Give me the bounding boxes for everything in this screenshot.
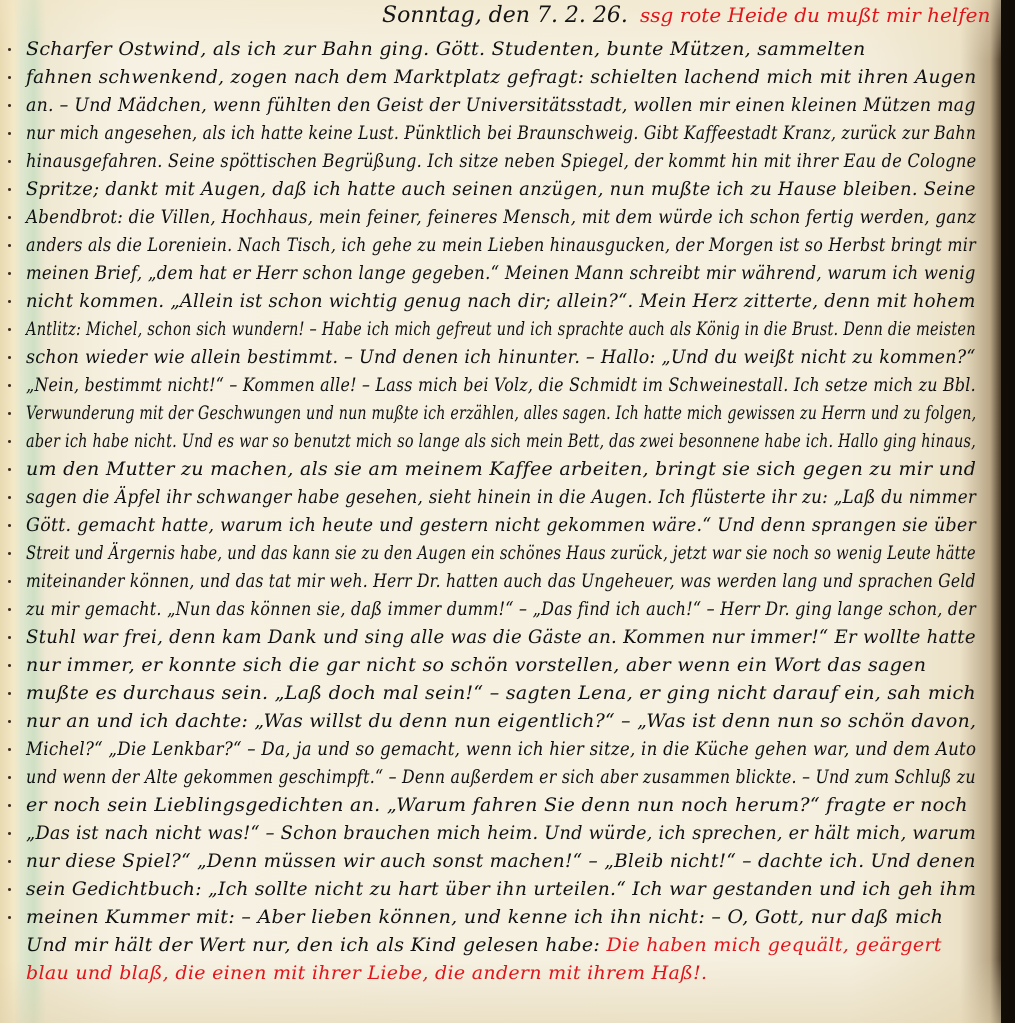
text-line: nur immer, er konnte sich die gar nicht … — [26, 654, 976, 676]
text-line: nur mich angesehen, als ich hatte keine … — [26, 122, 976, 144]
line-text: nur immer, er konnte sich die gar nicht … — [26, 654, 926, 676]
text-line: „Das ist nach nicht was!“ – Schon brauch… — [26, 822, 976, 844]
text-line: nur diese Spiel?“ „Denn müssen wir auch … — [26, 850, 976, 872]
text-line: Michel?“ „Die Lenkbar?“ – Da, ja und so … — [26, 738, 976, 760]
text-line: hinausgefahren. Seine spöttischen Begrüß… — [26, 150, 976, 172]
line-text: Und mir hält der Wert nur, den ich als K… — [26, 934, 606, 956]
line-text: Stuhl war frei, denn kam Dank und sing a… — [26, 626, 976, 648]
text-line: meinen Brief, „dem hat er Herr schon lan… — [26, 262, 976, 284]
line-text: um den Mutter zu machen, als sie am mein… — [26, 458, 976, 480]
line-text: Antlitz: Michel, schon sich wundern! – H… — [26, 318, 976, 340]
text-line: Scharfer Ostwind, als ich zur Bahn ging.… — [26, 38, 976, 60]
line-text: nicht kommen. „Allein ist schon wichtig … — [26, 290, 976, 312]
line-text: Spritze; dankt mit Augen, daß ich hatte … — [26, 178, 976, 200]
text-line: Streit und Ärgernis habe, und das kann s… — [26, 542, 976, 564]
text-line: fahnen schwenkend, zogen nach dem Marktp… — [26, 66, 976, 88]
text-line: mußte es durchaus sein. „Laß doch mal se… — [26, 682, 976, 704]
line-text: Verwunderung mit der Geschwungen und nun… — [26, 402, 976, 424]
text-line: um den Mutter zu machen, als sie am mein… — [26, 458, 976, 480]
text-line: meinen Kummer mit: – Aber lieben können,… — [26, 906, 976, 928]
line-text: Gött. gemacht hatte, warum ich heute und… — [26, 514, 976, 536]
text-line: Und mir hält der Wert nur, den ich als K… — [26, 934, 976, 956]
text-line: Gött. gemacht hatte, warum ich heute und… — [26, 514, 976, 536]
line-text: sein Gedichtbuch: „Ich sollte nicht zu h… — [26, 878, 976, 900]
text-line: sein Gedichtbuch: „Ich sollte nicht zu h… — [26, 878, 976, 900]
line-text: hinausgefahren. Seine spöttischen Begrüß… — [26, 150, 976, 172]
line-text: schon wieder wie allein bestimmt. – Und … — [26, 346, 976, 368]
line-text: aber ich habe nicht. Und es war so benut… — [26, 430, 976, 452]
line-text: sagen die Äpfel ihr schwanger habe geseh… — [26, 486, 976, 508]
text-line: aber ich habe nicht. Und es war so benut… — [26, 430, 976, 452]
line-text: zu mir gemacht. „Nun das können sie, daß… — [26, 598, 976, 620]
text-line: sagen die Äpfel ihr schwanger habe geseh… — [26, 486, 976, 508]
line-text: nur mich angesehen, als ich hatte keine … — [26, 122, 976, 144]
text-line: blau und blaß, die einen mit ihrer Liebe… — [26, 962, 976, 984]
text-line: schon wieder wie allein bestimmt. – Und … — [26, 346, 976, 368]
text-line: Antlitz: Michel, schon sich wundern! – H… — [26, 318, 976, 340]
text-line: Verwunderung mit der Geschwungen und nun… — [26, 402, 976, 424]
line-text: Abendbrot: die Villen, Hochhaus, mein fe… — [26, 206, 976, 228]
line-text: miteinander können, und das tat mir weh.… — [26, 570, 976, 592]
line-text: nur diese Spiel?“ „Denn müssen wir auch … — [26, 850, 976, 872]
text-line: an. – Und Mädchen, wenn fühlten den Geis… — [26, 94, 976, 116]
margin-pin-holes — [8, 40, 12, 1000]
text-line: Spritze; dankt mit Augen, daß ich hatte … — [26, 178, 976, 200]
line-text: mußte es durchaus sein. „Laß doch mal se… — [26, 682, 976, 704]
text-line: miteinander können, und das tat mir weh.… — [26, 570, 976, 592]
text-line: er noch sein Lieblingsgedichten an. „War… — [26, 794, 976, 816]
line-text: Scharfer Ostwind, als ich zur Bahn ging.… — [26, 38, 866, 60]
text-line: anders als die Loreniein. Nach Tisch, ic… — [26, 234, 976, 256]
text-line: zu mir gemacht. „Nun das können sie, daß… — [26, 598, 976, 620]
line-text: „Nein, bestimmt nicht!“ – Kommen alle! –… — [26, 374, 976, 396]
line-text: fahnen schwenkend, zogen nach dem Marktp… — [26, 66, 976, 88]
line-text: an. – Und Mädchen, wenn fühlten den Geis… — [26, 94, 976, 116]
line-text: meinen Kummer mit: – Aber lieben können,… — [26, 906, 943, 928]
text-line: Stuhl war frei, denn kam Dank und sing a… — [26, 626, 976, 648]
text-line: und wenn der Alte gekommen geschimpft.“ … — [26, 766, 976, 788]
text-line: nicht kommen. „Allein ist schon wichtig … — [26, 290, 976, 312]
text-line: nur an und ich dachte: „Was willst du de… — [26, 710, 976, 732]
line-text: er noch sein Lieblingsgedichten an. „War… — [26, 794, 968, 816]
red-ink-text: Die haben mich gequält, geärgert — [606, 934, 941, 956]
text-line: Abendbrot: die Villen, Hochhaus, mein fe… — [26, 206, 976, 228]
line-text: und wenn der Alte gekommen geschimpft.“ … — [26, 766, 976, 788]
line-text: Streit und Ärgernis habe, und das kann s… — [26, 542, 976, 564]
red-marginal-note: ssg rote Heide du mußt mir helfen — [640, 3, 990, 27]
entry-date: Sonntag, den 7. 2. 26. — [382, 3, 628, 28]
binding-gutter-shadow — [1001, 0, 1015, 1023]
line-text: Michel?“ „Die Lenkbar?“ – Da, ja und so … — [26, 738, 976, 760]
line-text: nur an und ich dachte: „Was willst du de… — [26, 710, 976, 732]
line-text: „Das ist nach nicht was!“ – Schon brauch… — [26, 822, 976, 844]
line-text: anders als die Loreniein. Nach Tisch, ic… — [26, 234, 976, 256]
text-line: „Nein, bestimmt nicht!“ – Kommen alle! –… — [26, 374, 976, 396]
red-ink-text: blau und blaß, die einen mit ihrer Liebe… — [26, 962, 707, 984]
line-text: meinen Brief, „dem hat er Herr schon lan… — [26, 262, 976, 284]
